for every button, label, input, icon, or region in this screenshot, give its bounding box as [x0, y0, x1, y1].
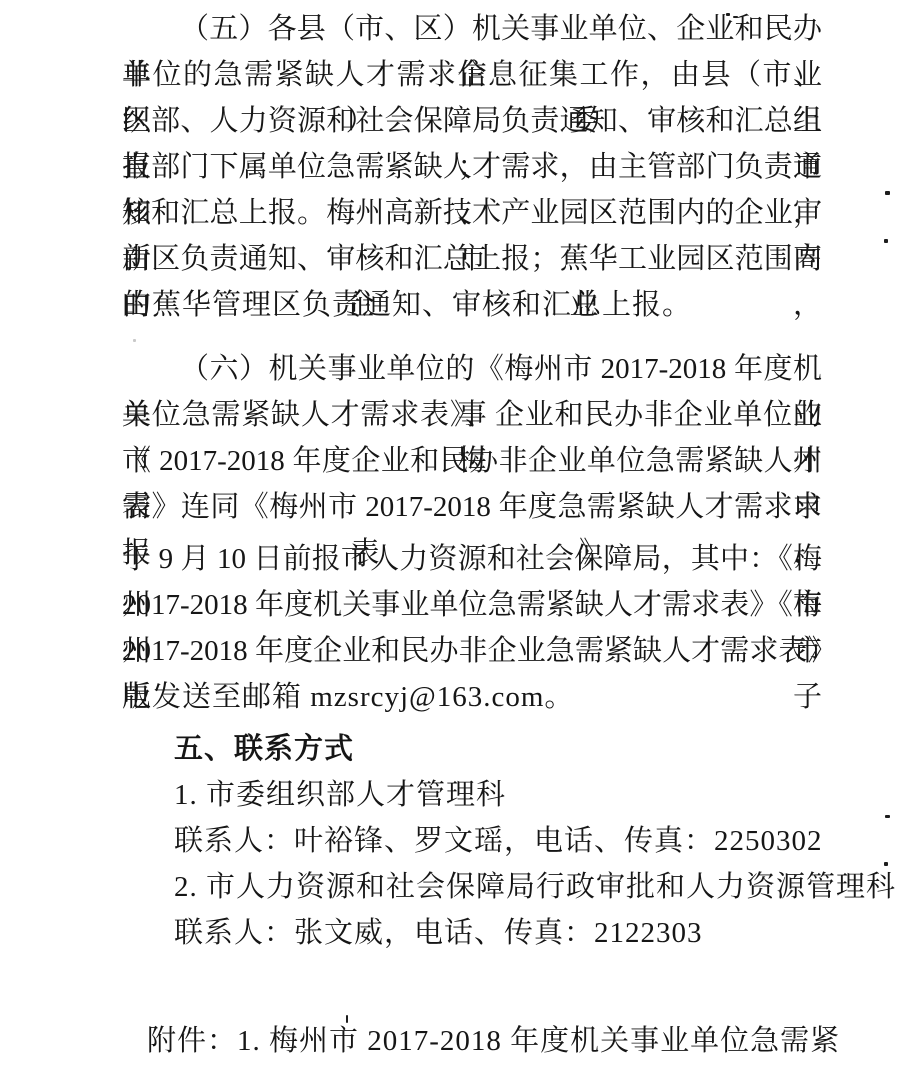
scan-artifact-dot — [346, 1015, 348, 1023]
text-line: （五）各县（市、区）机关事业单位、企业和民办非企业 — [122, 6, 822, 52]
document-content: （五）各县（市、区）机关事业单位、企业和民办非企业单位的急需紧缺人才需求信息征集… — [122, 6, 822, 1064]
text-line: 单位急需紧缺人才需求表》、企业和民办非企业单位的《梅州 — [122, 392, 822, 438]
scan-artifact-dot — [133, 339, 136, 342]
text-line: 织部、人力资源和社会保障局负责通知、审核和汇总上报；市 — [122, 98, 822, 144]
text-line: 2. 市人力资源和社会保障局行政审批和人力资源管理科 — [122, 864, 822, 910]
scan-artifact-dot — [885, 815, 890, 818]
document-page: （五）各县（市、区）机关事业单位、企业和民办非企业单位的急需紧缺人才需求信息征集… — [0, 0, 900, 1069]
scan-artifact-dot — [884, 862, 888, 866]
text-line: 2017-2018 年度机关事业单位急需紧缺人才需求表》《梅州市 — [122, 582, 822, 628]
text-line: 于 9 月 10 日前报市人力资源和社会保障局，其中：《梅州市 — [122, 536, 822, 582]
text-line: 2017-2018 年度企业和民办非企业急需紧缺人才需求表》电子 — [122, 628, 822, 674]
text-line: （六）机关事业单位的《梅州市 2017-2018 年度机关事业 — [122, 346, 822, 392]
text-line: 联系人：张文威，电话、传真：2122303 — [122, 910, 822, 956]
attachment-line: 附件：1. 梅州市 2017-2018 年度机关事业单位急需紧 — [122, 1018, 822, 1064]
text-line: 新区负责通知、审核和汇总上报；蕉华工业园区范围内的企业， — [122, 236, 822, 282]
text-line: 表》连同《梅州市 2017-2018 年度急需紧缺人才需求申报表》， — [122, 484, 822, 530]
text-line: 1. 市委组织部人才管理科 — [122, 772, 822, 818]
text-line: 核和汇总上报。梅州高新技术产业园区范围内的企业，由市高 — [122, 190, 822, 236]
section-heading-contact: 五、联系方式 — [122, 726, 822, 772]
text-line: 市 2017-2018 年度企业和民办非企业单位急需紧缺人才需求 — [122, 438, 822, 484]
text-line: 直部门下属单位急需紧缺人才需求，由主管部门负责通知、审 — [122, 144, 822, 190]
scan-artifact-dot — [884, 239, 888, 243]
scan-artifact-dot — [885, 191, 890, 195]
text-line: 联系人：叶裕锋、罗文瑶，电话、传真：2250302 — [122, 818, 822, 864]
scan-artifact-dot — [726, 13, 730, 16]
text-line: 单位的急需紧缺人才需求信息征集工作，由县（市、区）委组 — [122, 52, 822, 98]
scan-artifact-dot — [733, 16, 738, 18]
